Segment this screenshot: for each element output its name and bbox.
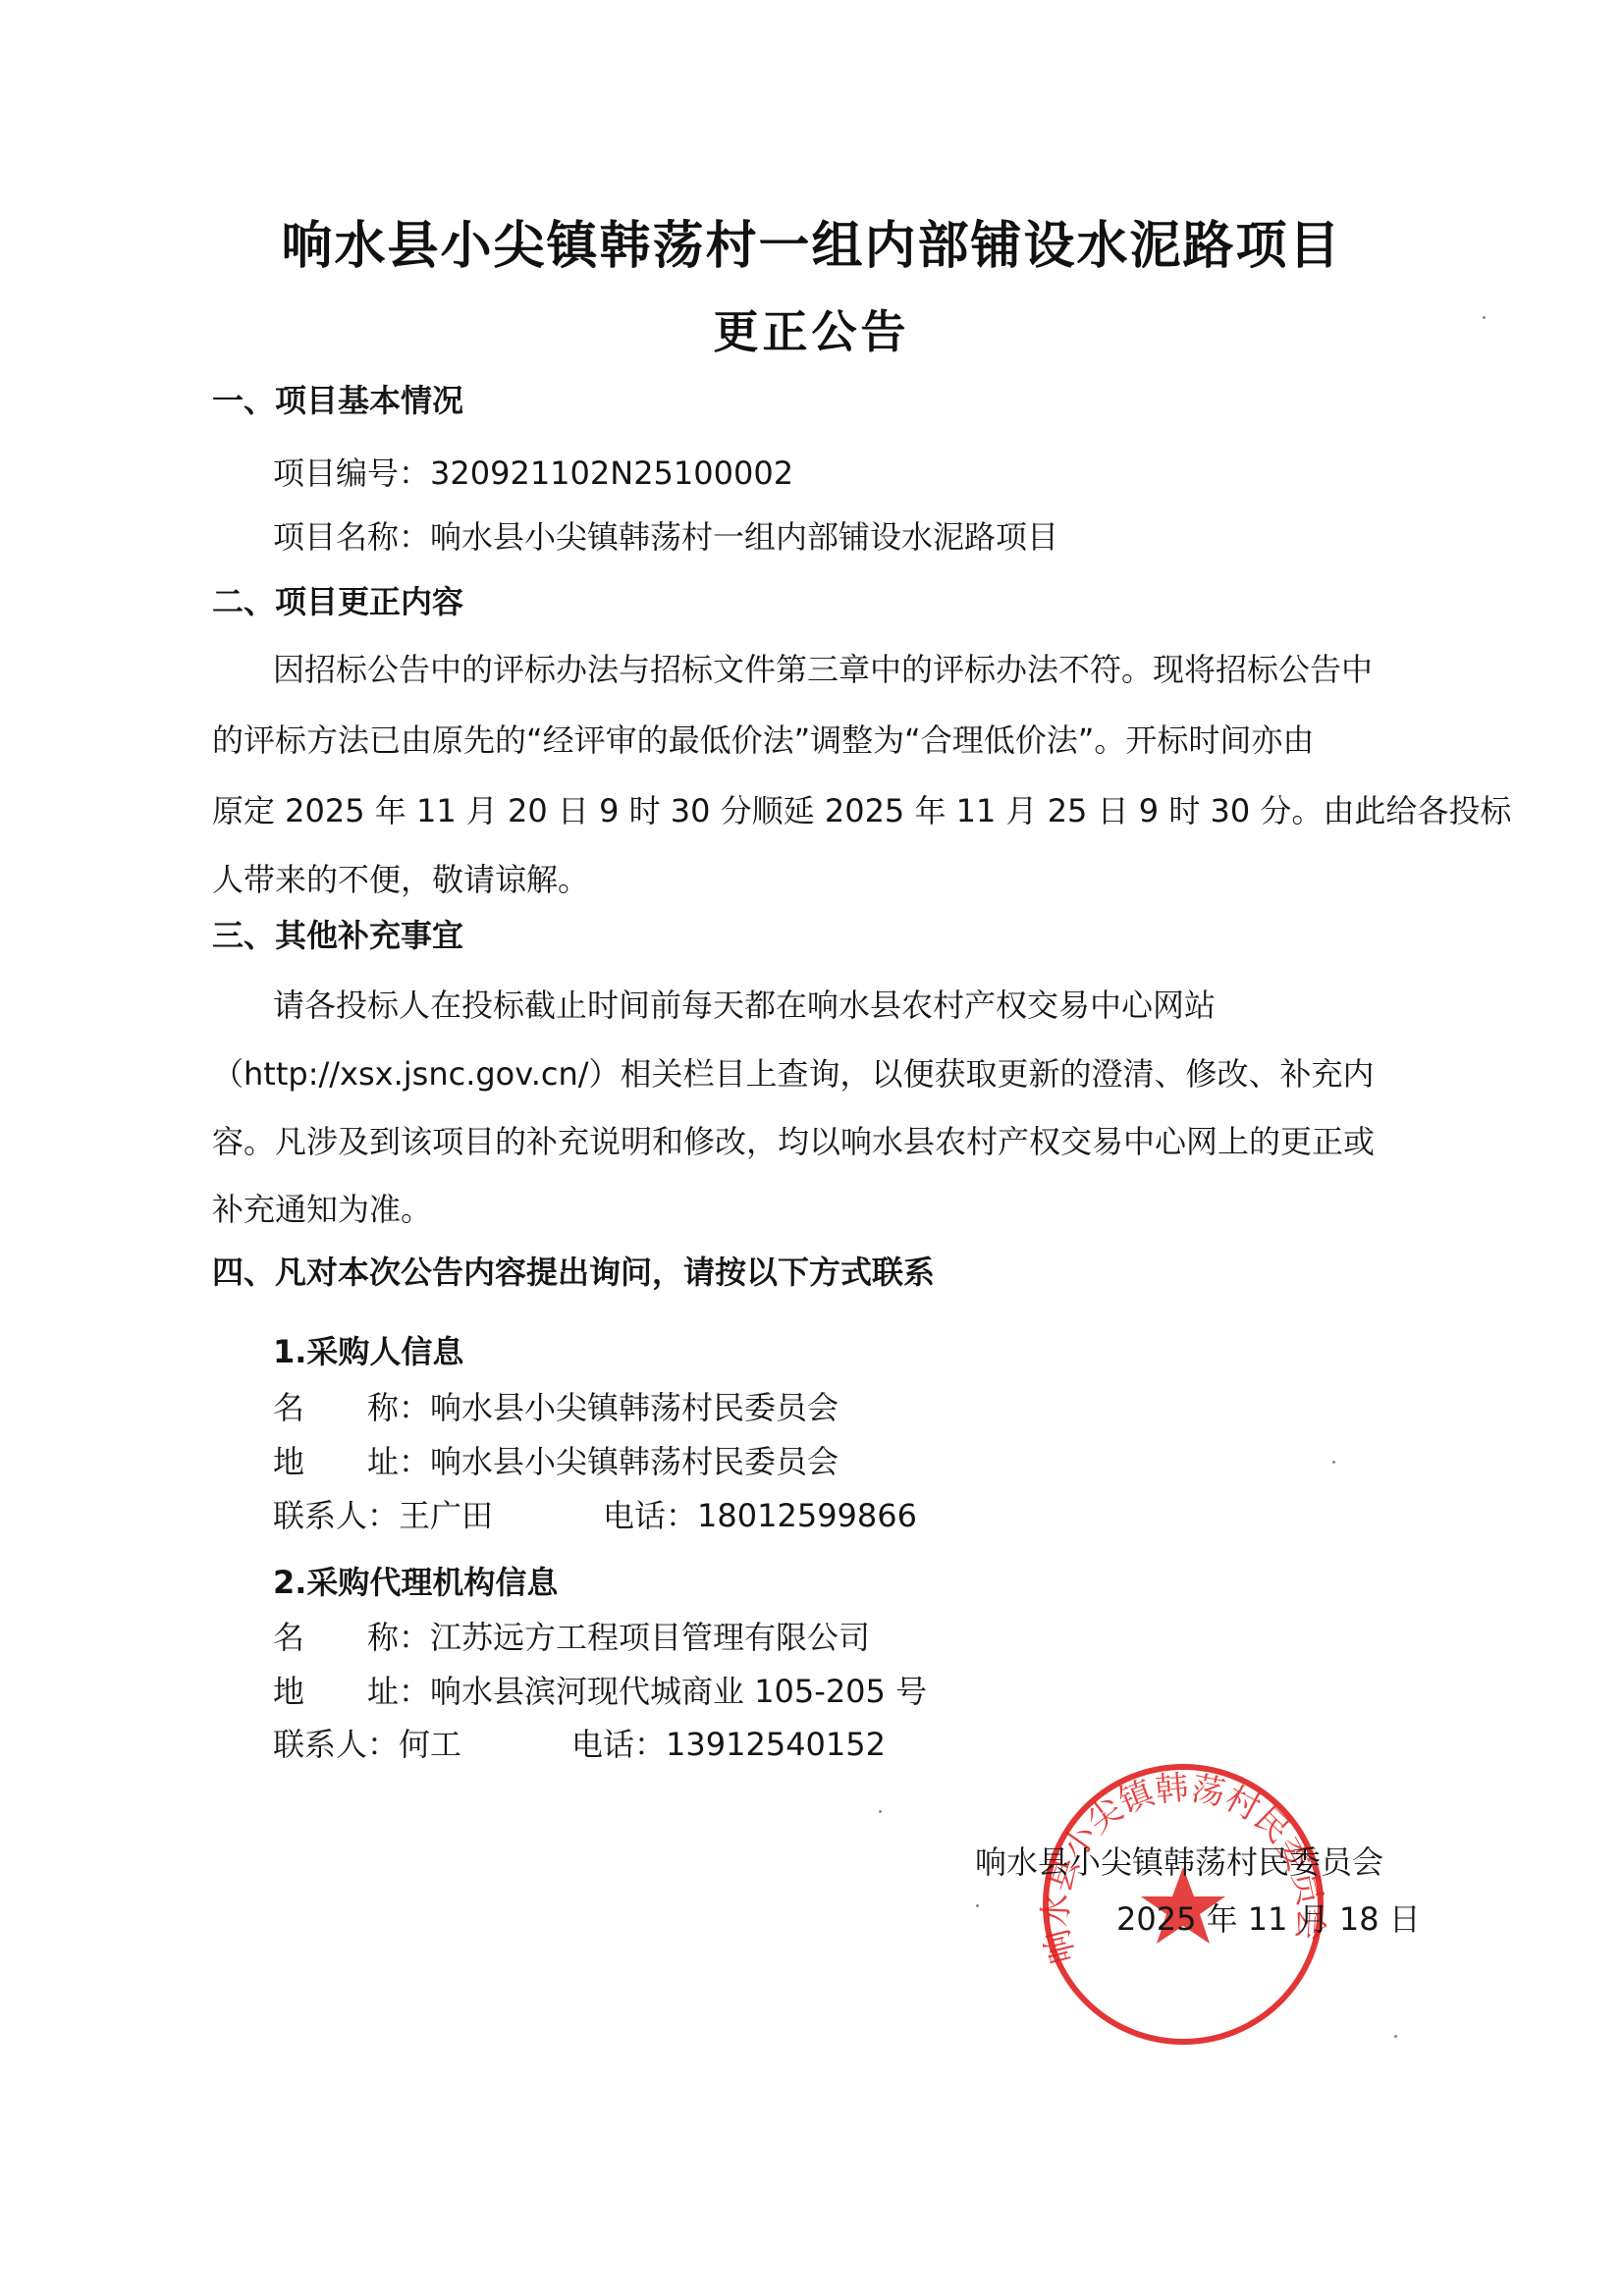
name-label-a: 名 <box>273 1618 367 1657</box>
section3-line: （http://xsx.jsnc.gov.cn/）相关栏目上查询，以便获取更新的… <box>212 1054 1375 1094</box>
agency-address: 响水县滨河现代城商业 105-205 号 <box>430 1673 927 1710</box>
document-subtitle: 更正公告 <box>0 296 1623 361</box>
contact-label: 联系人： <box>273 1726 399 1763</box>
document-page: 响水县小尖镇韩荡村一组内部铺设水泥路项目 更正公告 一、项目基本情况 项目编号：… <box>0 0 1623 2296</box>
section3-heading: 三、其他补充事宜 <box>212 916 463 955</box>
project-number-label: 项目编号： <box>273 454 430 492</box>
scan-speck <box>879 1810 882 1813</box>
phone-label: 电话： <box>603 1497 697 1534</box>
section3-line: 补充通知为准。 <box>212 1190 432 1229</box>
section1-heading: 一、项目基本情况 <box>212 381 463 420</box>
agency-phone: 13912540152 <box>666 1726 886 1763</box>
section4-heading: 四、凡对本次公告内容提出询问，请按以下方式联系 <box>212 1253 935 1292</box>
project-name-row: 项目名称：响水县小尖镇韩荡村一组内部铺设水泥路项目 <box>273 517 1058 557</box>
project-number-row: 项目编号：320921102N25100002 <box>273 454 793 493</box>
contact-label: 联系人： <box>273 1497 399 1534</box>
agency-heading: 2.采购代理机构信息 <box>273 1563 558 1602</box>
project-name-label: 项目名称： <box>273 518 430 556</box>
project-name: 响水县小尖镇韩荡村一组内部铺设水泥路项目 <box>430 518 1058 556</box>
purchaser-contact-row: 联系人：王广田电话：18012599866 <box>273 1496 917 1535</box>
agency-contact-row: 联系人：何工电话：13912540152 <box>273 1725 886 1764</box>
address-label-a: 地 <box>273 1672 367 1711</box>
address-label-a: 地 <box>273 1442 367 1481</box>
document-title: 响水县小尖镇韩荡村一组内部铺设水泥路项目 <box>0 204 1623 278</box>
purchaser-phone: 18012599866 <box>697 1497 917 1534</box>
phone-label: 电话： <box>571 1726 666 1763</box>
address-label-b: 址： <box>367 1673 430 1710</box>
scan-speck <box>1483 316 1486 319</box>
purchaser-heading: 1.采购人信息 <box>273 1332 463 1371</box>
agency-name-row: 名称：江苏远方工程项目管理有限公司 <box>273 1618 870 1657</box>
section3-line: 容。凡涉及到该项目的补充说明和修改，均以响水县农村产权交易中心网上的更正或 <box>212 1122 1375 1161</box>
scan-speck <box>1332 1461 1335 1464</box>
purchaser-contact: 王广田 <box>399 1496 603 1535</box>
name-label-b: 称： <box>367 1389 430 1426</box>
section2-line: 原定 2025 年 11 月 20 日 9 时 30 分顺延 2025 年 11… <box>212 791 1511 830</box>
purchaser-address: 响水县小尖镇韩荡村民委员会 <box>430 1443 839 1480</box>
section2-line: 人带来的不便，敬请谅解。 <box>212 860 589 899</box>
agency-name: 江苏远方工程项目管理有限公司 <box>430 1619 870 1656</box>
section3-line: 请各投标人在投标截止时间前每天都在响水县农村产权交易中心网站 <box>273 986 1216 1025</box>
signature-org: 响水县小尖镇韩荡村民委员会 <box>975 1838 1383 1883</box>
purchaser-name-row: 名称：响水县小尖镇韩荡村民委员会 <box>273 1388 839 1427</box>
section2-heading: 二、项目更正内容 <box>212 582 463 621</box>
purchaser-name: 响水县小尖镇韩荡村民委员会 <box>430 1389 839 1426</box>
name-label-a: 名 <box>273 1388 367 1427</box>
purchaser-address-row: 地址：响水县小尖镇韩荡村民委员会 <box>273 1442 839 1481</box>
scan-speck <box>976 1904 979 1907</box>
signature-date: 2025 年 11 月 18 日 <box>1116 1895 1421 1940</box>
project-number: 320921102N25100002 <box>430 454 793 492</box>
address-label-b: 址： <box>367 1443 430 1480</box>
name-label-b: 称： <box>367 1619 430 1656</box>
scan-speck <box>1394 2035 1397 2038</box>
section2-line: 的评标方法已由原先的“经评审的最低价法”调整为“合理低价法”。开标时间亦由 <box>212 721 1314 760</box>
agency-contact: 何工 <box>399 1725 571 1764</box>
section2-line: 因招标公告中的评标办法与招标文件第三章中的评标办法不符。现将招标公告中 <box>273 650 1373 689</box>
agency-address-row: 地址：响水县滨河现代城商业 105-205 号 <box>273 1672 927 1711</box>
